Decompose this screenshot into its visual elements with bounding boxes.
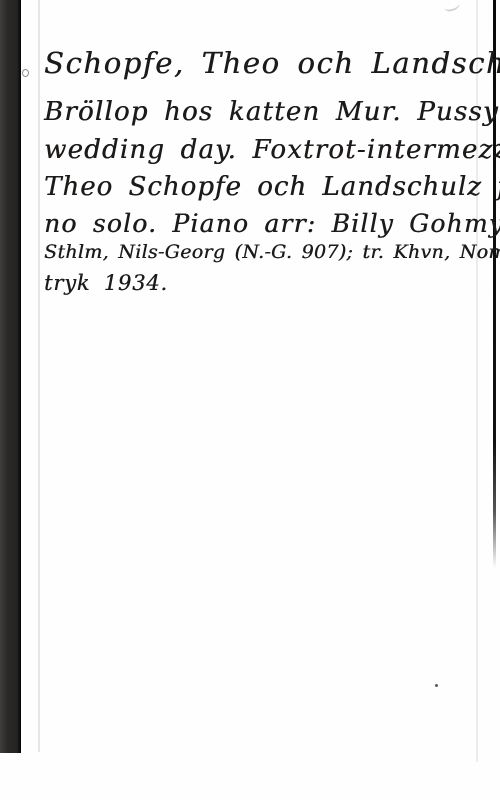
cutoff-ink-smudge (443, 0, 461, 13)
scanned-catalog-card-page: Schopfe, Theo och Landschulz Bröllop hos… (0, 0, 500, 800)
handwritten-line: Theo Schopfe och Landschulz för pia- (44, 172, 500, 202)
small-circle-mark (22, 69, 29, 77)
scan-speck (435, 684, 438, 687)
handwritten-line-heading: Schopfe, Theo och Landschulz (44, 46, 500, 80)
scan-binding-edge-left (0, 0, 21, 753)
card-crease-left (38, 0, 40, 752)
handwritten-line-imprint: Sthlm, Nils-Georg (N.-G. 907); tr. Khvn,… (44, 241, 500, 263)
scan-edge-line-right (493, 0, 496, 568)
handwritten-line: no solo. Piano arr: Billy Gohmyn. (44, 209, 500, 238)
handwritten-line: wedding day. Foxtrot-intermezzo av (44, 135, 500, 165)
handwritten-line: Bröllop hos katten Mur. Pussy cats (44, 97, 500, 127)
handwritten-line-imprint-year: tryk 1934. (44, 271, 168, 295)
